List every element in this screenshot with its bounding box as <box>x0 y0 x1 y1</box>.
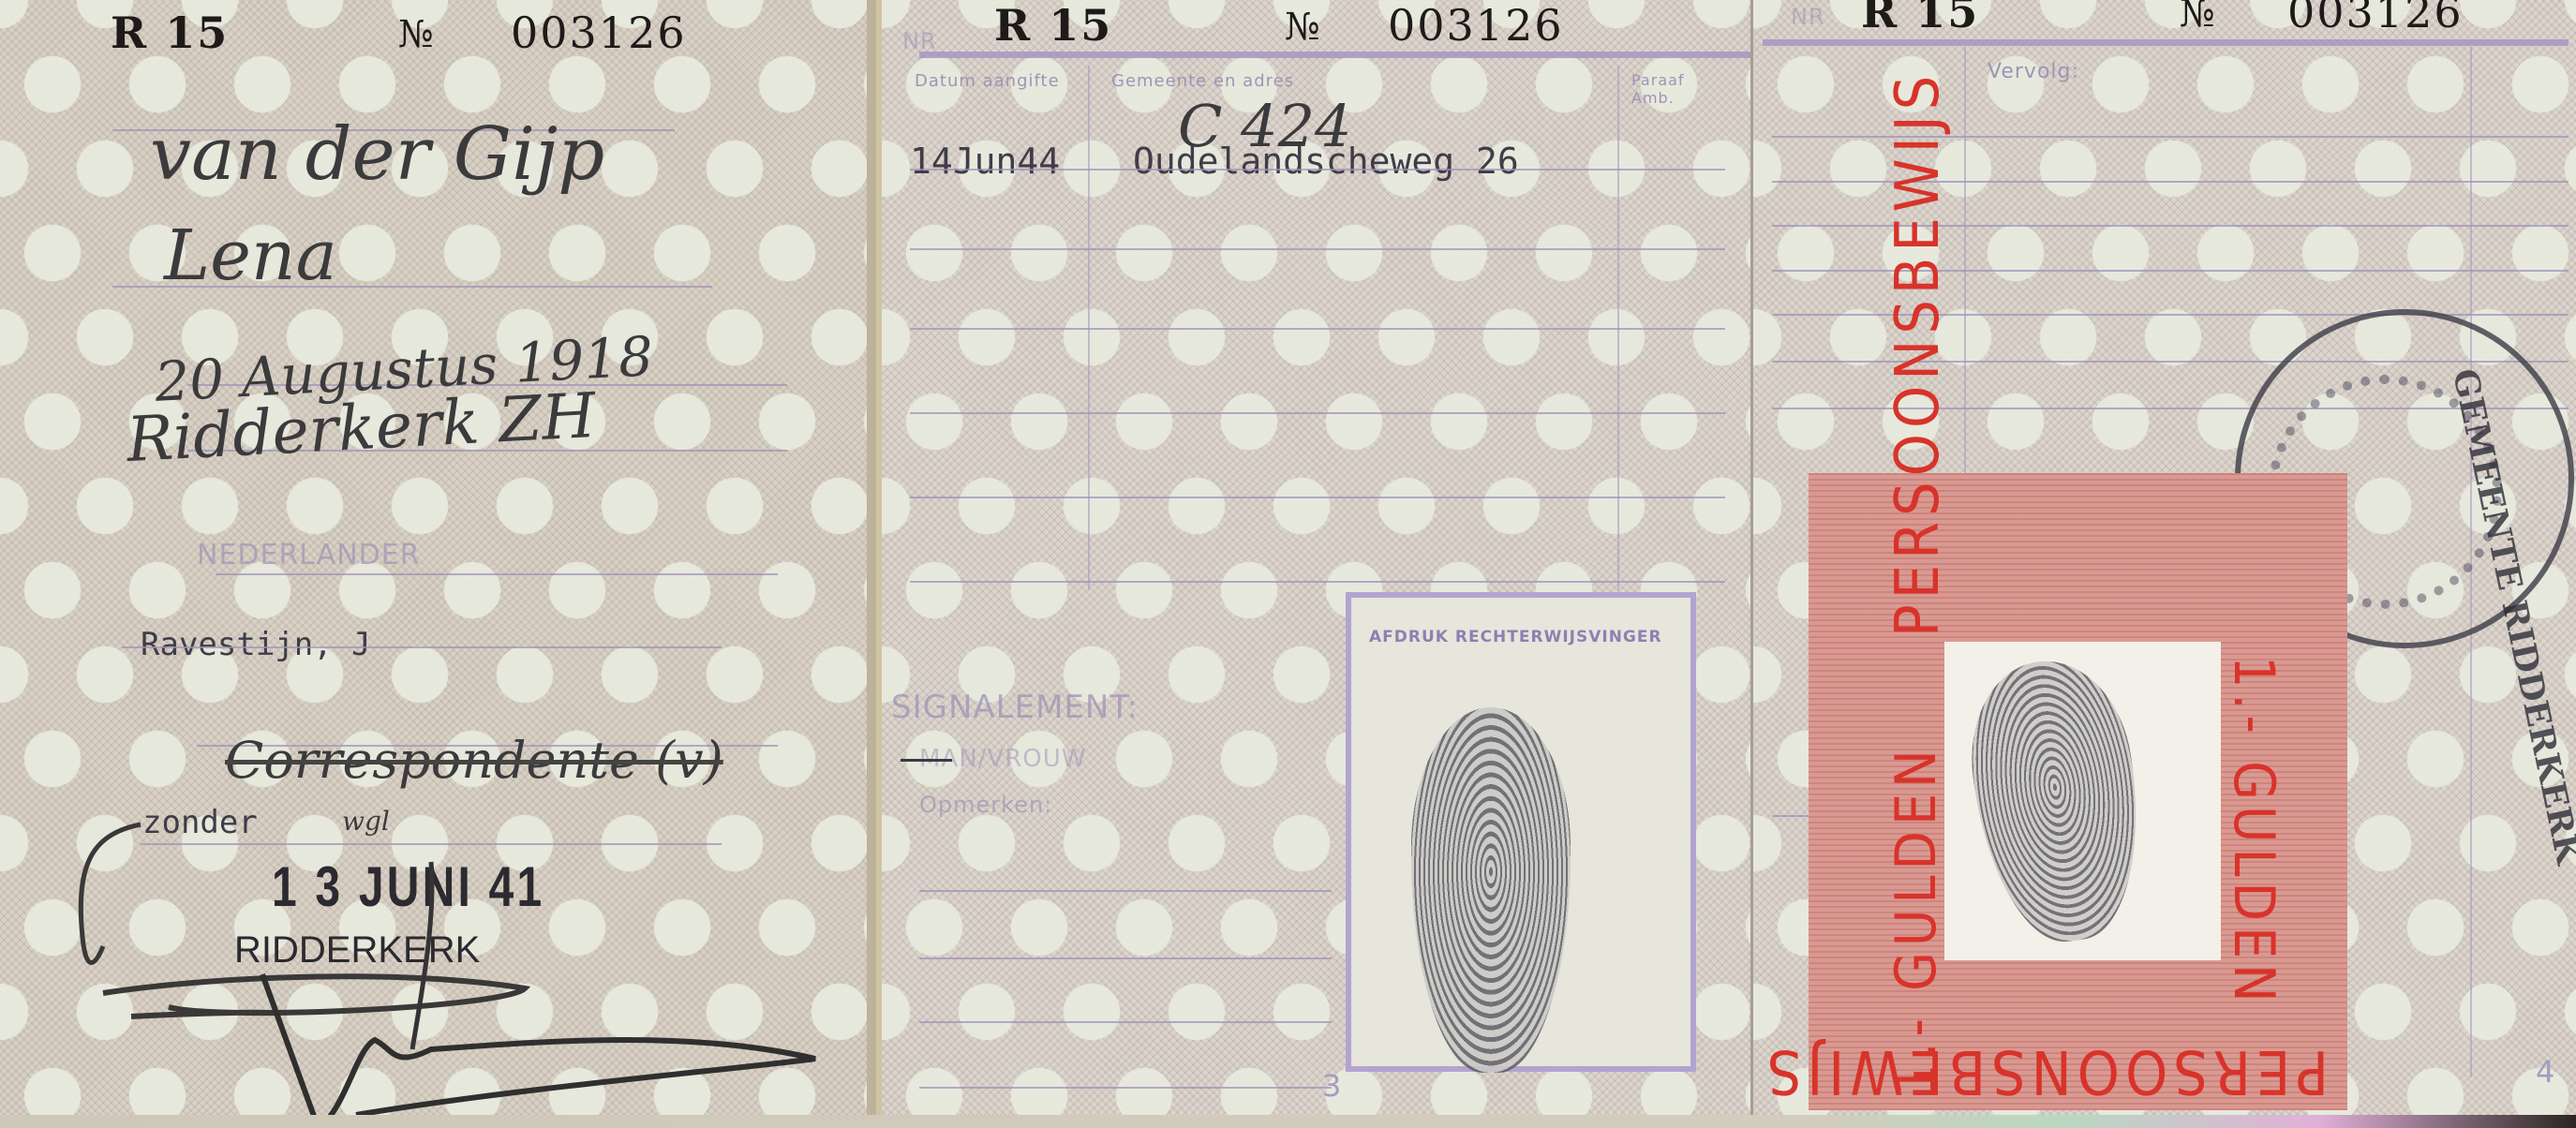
left-page: R 15 № 003126 van der Gijp Lena 20 Augus… <box>0 0 870 1128</box>
occupation-struck-handwritten: Correspondente (v) <box>225 731 723 790</box>
remarks-label: Opmerken: <box>919 792 1052 818</box>
header-rule <box>919 52 1751 58</box>
paraaf-column-label: Paraaf Amb. <box>1631 71 1706 107</box>
number-symbol: № <box>2180 0 2217 36</box>
witness-typed: Ravestijn, J <box>141 626 371 663</box>
card-number: 003126 <box>511 7 687 58</box>
field-line <box>122 646 722 648</box>
nr-label: NR <box>902 28 937 54</box>
series-label: R 15 <box>994 0 1112 51</box>
table-line <box>910 169 1725 171</box>
field-line <box>216 573 778 575</box>
page-number: 3 <box>1322 1068 1341 1104</box>
header-rule <box>1763 39 2569 46</box>
fingerprint-label: AFDRUK RECHTERWIJSVINGER <box>1369 628 1662 646</box>
date-column-label: Datum aangifte <box>915 71 1060 91</box>
table-line <box>910 412 1725 414</box>
bottom-edge <box>0 1115 2576 1128</box>
nationality-label: NEDERLANDER <box>197 539 421 571</box>
table-line <box>910 497 1725 498</box>
entry-date-typed: 14Jun44 <box>910 141 1060 182</box>
card-number: 003126 <box>1388 0 1564 51</box>
number-symbol: № <box>398 13 436 56</box>
signalement-label: SIGNALEMENT: <box>891 689 1139 726</box>
number-symbol: № <box>1285 6 1322 49</box>
card-number: 003126 <box>2287 0 2464 37</box>
stamp-text-top: PERSOONSBEWIJS <box>1884 70 1953 637</box>
sex-strike-mark <box>901 759 952 762</box>
remarks-line <box>919 957 1332 959</box>
signature-icon <box>37 806 862 1124</box>
given-name-handwritten: Lena <box>164 215 337 296</box>
middle-page: NR R 15 № 003126 Datum aangifte Gemeente… <box>876 0 1751 1128</box>
surname-handwritten: van der Gijp <box>150 112 604 197</box>
series-label: R 15 <box>1861 0 1979 37</box>
stamp-text-bottom: PERSOONSBEWIJS <box>1762 1036 2329 1106</box>
table-line <box>910 581 1725 583</box>
continued-label: Vervolg: <box>1988 60 2079 83</box>
nr-label: NR <box>1791 4 1825 30</box>
page-number: 4 <box>2536 1054 2554 1090</box>
remarks-line <box>919 1021 1332 1023</box>
entry-address-typed: Oudelandscheweg 26 <box>1133 141 1519 182</box>
table-line <box>910 328 1725 330</box>
table-line <box>910 248 1725 250</box>
address-column-label: Gemeente en adres <box>1111 71 1294 91</box>
fold-gap <box>867 0 876 1128</box>
remarks-line <box>919 1087 1332 1089</box>
stamp-value-right: 1.- GULDEN <box>2221 656 2286 1008</box>
series-label: R 15 <box>111 7 229 58</box>
stamp-value-left: 1.- GULDEN <box>1884 744 1949 1096</box>
remarks-line <box>919 890 1332 892</box>
